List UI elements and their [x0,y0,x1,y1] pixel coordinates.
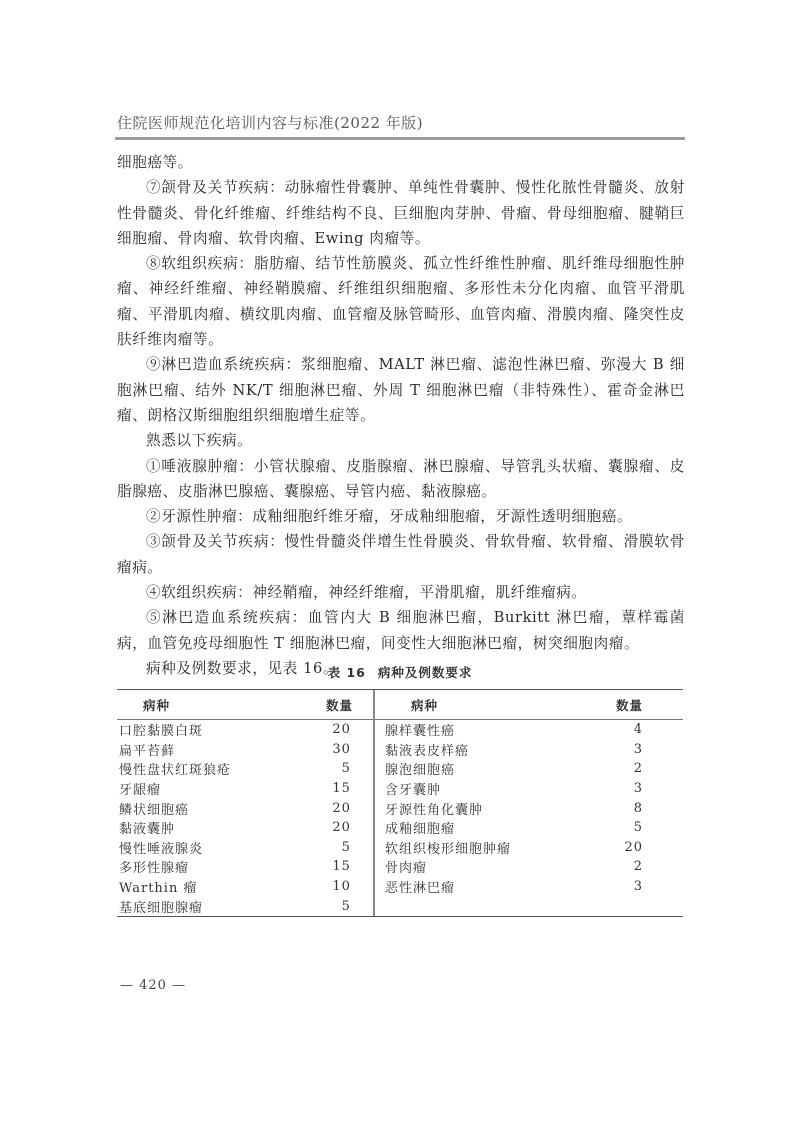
paragraph: ⑦颌骨及关节疾病：动脉瘤性骨囊肿、单纯性骨囊肿、慢性化脓性骨髓炎、放射性骨髓炎、… [117,175,685,251]
disease-count: 15 [291,857,374,877]
paragraph: ⑧软组织疾病：脂肪瘤、结节性筋膜炎、孤立性纤维性肿瘤、肌纤维母细胞性肿瘤、神经纤… [117,251,685,352]
table-row: 黏液囊肿 20 成釉细胞瘤 5 [117,818,683,838]
table-number: 表 16 [328,665,366,680]
disease-count [583,896,683,916]
paragraph: ⑨淋巴造血系统疾病：浆细胞瘤、MALT 淋巴瘤、滤泡性淋巴瘤、弥漫大 B 细胞淋… [117,352,685,428]
disease-name [374,896,583,916]
table-row: 鳞状细胞癌 20 牙源性角化囊肿 8 [117,798,683,818]
disease-name: 腺泡细胞癌 [374,759,583,779]
disease-name: 鳞状细胞癌 [117,798,291,818]
disease-name: 慢性唾液腺炎 [117,838,291,858]
disease-count: 4 [583,720,683,740]
disease-name: 含牙囊肿 [374,779,583,799]
paragraph: ⑤淋巴造血系统疾病：血管内大 B 细胞淋巴瘤，Burkitt 淋巴瘤，蕈样霉菌病… [117,605,685,656]
column-header-count: 数量 [291,690,374,720]
disease-count: 30 [291,740,374,760]
table-row: 牙龈瘤 15 含牙囊肿 3 [117,779,683,799]
table-row: 基底细胞腺瘤 5 [117,896,683,916]
disease-count: 3 [583,877,683,897]
disease-name: 软组织梭形细胞肿瘤 [374,838,583,858]
disease-name: 骨肉瘤 [374,857,583,877]
disease-name: 成釉细胞瘤 [374,818,583,838]
page-number: — 420 — [120,978,186,993]
disease-count-table: 病种 数量 病种 数量 口腔黏膜白斑 20 腺样囊性癌 4 扁平苔藓 30 黏液… [117,689,683,917]
paragraph: ①唾液腺肿瘤：小管状腺瘤、皮脂腺瘤、淋巴腺瘤、导管乳头状瘤、囊腺瘤、皮脂腺癌、皮… [117,454,685,505]
disease-count: 8 [583,798,683,818]
disease-count: 10 [291,877,374,897]
disease-count: 3 [583,779,683,799]
column-header-disease: 病种 [374,690,583,720]
table-title: 病种及例数要求 [378,665,473,680]
disease-name: 口腔黏膜白斑 [117,720,291,740]
table-row: 慢性唾液腺炎 5 软组织梭形细胞肿瘤 20 [117,838,683,858]
disease-name: 恶性淋巴瘤 [374,877,583,897]
table-header-row: 病种 数量 病种 数量 [117,690,683,720]
disease-count: 20 [583,838,683,858]
paragraph: ②牙源性肿瘤：成釉细胞纤维牙瘤，牙成釉细胞瘤，牙源性透明细胞癌。 [117,504,685,529]
paragraph: ④软组织疾病：神经鞘瘤，神经纤维瘤，平滑肌瘤，肌纤维瘤病。 [117,580,685,605]
table-caption: 表 16病种及例数要求 [0,663,800,681]
disease-name: 扁平苔藓 [117,740,291,760]
disease-count: 3 [583,740,683,760]
disease-count: 5 [583,818,683,838]
disease-name: Warthin 瘤 [117,877,291,897]
disease-count: 15 [291,779,374,799]
table-row: 口腔黏膜白斑 20 腺样囊性癌 4 [117,720,683,740]
disease-name: 牙龈瘤 [117,779,291,799]
column-header-disease: 病种 [117,690,291,720]
paragraph: 熟悉以下疾病。 [117,428,685,453]
disease-count: 20 [291,720,374,740]
disease-name: 慢性盘状红斑狼疮 [117,759,291,779]
disease-count: 20 [291,818,374,838]
disease-count: 5 [291,896,374,916]
table-row: Warthin 瘤 10 恶性淋巴瘤 3 [117,877,683,897]
table-row: 扁平苔藓 30 黏液表皮样癌 3 [117,740,683,760]
header-rule [115,137,685,140]
disease-count: 20 [291,798,374,818]
disease-name: 黏液表皮样癌 [374,740,583,760]
table-row: 慢性盘状红斑狼疮 5 腺泡细胞癌 2 [117,759,683,779]
column-header-count: 数量 [583,690,683,720]
disease-name: 多形性腺瘤 [117,857,291,877]
disease-count: 5 [291,759,374,779]
paragraph: 细胞癌等。 [117,150,685,175]
paragraph: ③颌骨及关节疾病：慢性骨髓炎伴增生性骨膜炎、骨软骨瘤、软骨瘤、滑膜软骨瘤病。 [117,529,685,580]
disease-name: 基底细胞腺瘤 [117,896,291,916]
disease-count: 2 [583,857,683,877]
running-header-title: 住院医师规范化培训内容与标准(2022 年版) [117,112,423,133]
disease-count: 5 [291,838,374,858]
body-text: 细胞癌等。 ⑦颌骨及关节疾病：动脉瘤性骨囊肿、单纯性骨囊肿、慢性化脓性骨髓炎、放… [117,150,685,681]
disease-name: 黏液囊肿 [117,818,291,838]
table-row: 多形性腺瘤 15 骨肉瘤 2 [117,857,683,877]
disease-count: 2 [583,759,683,779]
disease-name: 腺样囊性癌 [374,720,583,740]
disease-name: 牙源性角化囊肿 [374,798,583,818]
